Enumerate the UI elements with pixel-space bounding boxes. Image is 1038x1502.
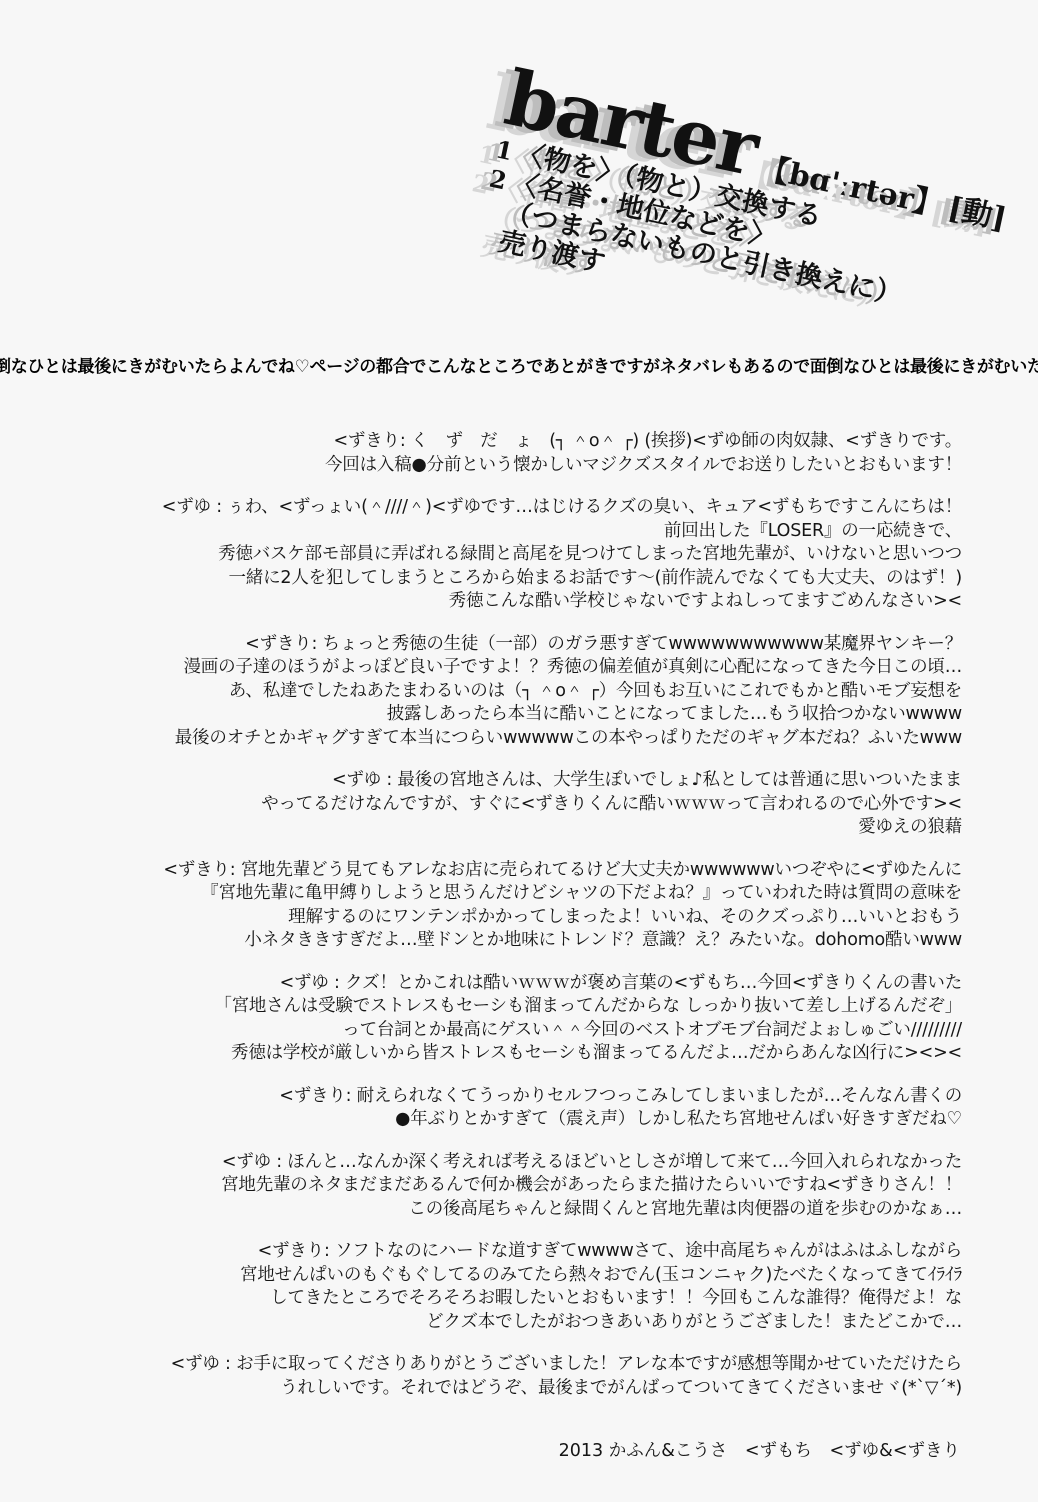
text-line: 漫画の子達のほうがよっぽど良い子ですよ！？秀徳の偏差値が真剣に心配になってきた今…	[0, 656, 962, 680]
dictionary-title: barter【bɑ'ːrtər】[動] 1〈物を〉（物と）交換する 2〈名誉・地…	[457, 60, 1038, 450]
paragraph: <ずきり: 耐えられなくてうっかりセルフつっこみしてしまいましたが…そんなん書く…	[0, 1085, 962, 1132]
text-line: うれしいです。それではどうぞ、最後までがんばってついてきてくださいませヾ(*`▽…	[0, 1377, 962, 1401]
text-line: <ずゆ : ぅわ、<ずっょい(＾////＾)<ずゆです…はじけるクズの臭い、キュ…	[0, 496, 962, 520]
text-line: 『宮地先輩に亀甲縛りしようと思うんだけどシャツの下だよね？』っていわれた時は質問…	[0, 882, 962, 906]
text-line: どクズ本でしたがおつきあいありがとうござました！またどこかで…	[0, 1311, 962, 1335]
text-line: やってるだけなんですが、すぐに<ずきりくんに酷いｗｗｗって言われるので心外です>…	[0, 793, 962, 817]
text-line: <ずきり: ちょっと秀徳の生徒（一部）のガラ悪すぎてwwwwwwwwwww某魔界…	[0, 633, 962, 657]
text-line: 秀徳こんな酷い学校じゃないですよねしってますごめんなさい><	[0, 590, 962, 614]
text-line: 小ネタききすぎだよ…壁ドンとか地味にトレンド？意識？え？みたいな。dohomo酷…	[0, 929, 962, 953]
text-line: <ずゆ : ほんと…なんか深く考えれば考えるほどいとしさが増して来て…今回入れら…	[0, 1151, 962, 1175]
def-number	[482, 216, 504, 221]
text-line: 一緒に2人を犯してしまうところから始まるお話です～(前作読んでなくても大丈夫、の…	[0, 567, 962, 591]
text-line: 宮地せんぱいのもぐもぐしてるのみてたら熱々おでん(玉コンニャク)たべたくなってき…	[0, 1264, 962, 1288]
text-line: 「宮地さんは受験でストレスもセーシも溜まってんだからな しっかり抜いて差し上げる…	[0, 995, 962, 1019]
text-line: 秀徳バスケ部モ部員に弄ばれる緑間と高尾を見つけてしまった宮地先輩が、いけないと思…	[0, 543, 962, 567]
text-line: あ、私達でしたねあたまわるいのは（┐ ＾o＾ ┌）今回もお互いにこれでもかと酷い…	[0, 680, 962, 704]
text-line: <ずきり: 宮地先輩どう見てもアレなお店に売られてるけど大丈夫かwwwwwwいつ…	[0, 859, 962, 883]
def-number	[476, 245, 498, 250]
paragraph: <ずきり: く ず だ ょ (┐ ＾o＾ ┌) (挨拶)<ずゆ師の肉奴隷、<ずき…	[0, 430, 962, 477]
text-line: 前回出した『LOSER』の一応続きで、	[0, 520, 962, 544]
paragraph: <ずゆ : お手に取ってくださりありがとうございました！アレな本ですが感想等聞か…	[0, 1353, 962, 1400]
spoiler-warning-banner: 倒なひとは最後にきがむいたらよんでね♡ページの都合でこんなところであとがきですが…	[0, 352, 1038, 377]
paragraph: <ずきり: ソフトなのにハードな道すぎてwwwwさて、途中高尾ちゃんがはふはふし…	[0, 1240, 962, 1334]
text-line: 披露しあったら本当に酷いことになってました…もう収拾つかないwwww	[0, 703, 962, 727]
credit-line: 2013 かふん&こうさ <ずもち <ずゆ&<ずきり	[559, 1437, 960, 1462]
text-line: <ずゆ : クズ！とかこれは酷いｗｗｗが褒め言葉の<ずもち…今回<ずきりくんの書…	[0, 972, 962, 996]
text-line: 今回は入稿●分前という懐かしいマジクズスタイルでお送りしたいとおもいます！	[0, 454, 962, 478]
text-line: <ずきり: く ず だ ょ (┐ ＾o＾ ┌) (挨拶)<ずゆ師の肉奴隷、<ずき…	[0, 430, 962, 454]
text-line: <ずゆ : お手に取ってくださりありがとうございました！アレな本ですが感想等聞か…	[0, 1353, 962, 1377]
paragraph: <ずゆ : 最後の宮地さんは、大学生ぽいでしょ♪私としては普通に思いついたまま …	[0, 769, 962, 840]
paragraph: <ずきり: 宮地先輩どう見てもアレなお店に売られてるけど大丈夫かwwwwwwいつ…	[0, 859, 962, 953]
paragraph: <ずゆ : ほんと…なんか深く考えれば考えるほどいとしさが増して来て…今回入れら…	[0, 1151, 962, 1222]
text-line: ●年ぶりとかすぎて（震え声）しかし私たち宮地せんぱい好きすぎだね♡	[0, 1108, 962, 1132]
text-line: <ずきり: 耐えられなくてうっかりセルフつっこみしてしまいましたが…そんなん書く…	[0, 1085, 962, 1109]
paragraph: <ずゆ : ぅわ、<ずっょい(＾////＾)<ずゆです…はじけるクズの臭い、キュ…	[0, 496, 962, 614]
text-line: <ずゆ : 最後の宮地さんは、大学生ぽいでしょ♪私としては普通に思いついたまま	[0, 769, 962, 793]
afterword-body: <ずきり: く ず だ ょ (┐ ＾o＾ ┌) (挨拶)<ずゆ師の肉奴隷、<ずき…	[0, 430, 962, 1419]
text-line: 宮地先輩のネタまだまだあるんで何か機会があったらまた描けたらいいですね<ずきりさ…	[0, 1174, 962, 1198]
paragraph: <ずゆ : クズ！とかこれは酷いｗｗｗが褒め言葉の<ずもち…今回<ずきりくんの書…	[0, 972, 962, 1066]
text-line: 最後のオチとかギャグすぎて本当につらいwwwwwこの本やっぱりただのギャグ本だね…	[0, 727, 962, 751]
text-line: 愛ゆえの狼藉	[0, 816, 962, 840]
text-line: 理解するのにワンテンポかかってしまったよ！いいね、そのクズっぷり…いいとおもう	[0, 906, 962, 930]
text-line: って台詞とか最高にゲスい＾＾今回のベストオブモブ台詞だよぉしゅごい///////…	[0, 1019, 962, 1043]
text-line: 秀徳は学校が厳しいから皆ストレスもセーシも溜まってるんだよ…だからあんな凶行に>…	[0, 1042, 962, 1066]
title-part-of-speech: [動]	[945, 183, 1011, 238]
text-line: してきたところでそろそろお暇したいとおもいます！！今回もこんな誰得？俺得だよ！な	[0, 1287, 962, 1311]
paragraph: <ずきり: ちょっと秀徳の生徒（一部）のガラ悪すぎてwwwwwwwwwww某魔界…	[0, 633, 962, 751]
text-line: この後高尾ちゃんと緑間くんと宮地先輩は肉便器の道を歩むのかなぁ…	[0, 1198, 962, 1222]
text-line: <ずきり: ソフトなのにハードな道すぎてwwwwさて、途中高尾ちゃんがはふはふし…	[0, 1240, 962, 1264]
